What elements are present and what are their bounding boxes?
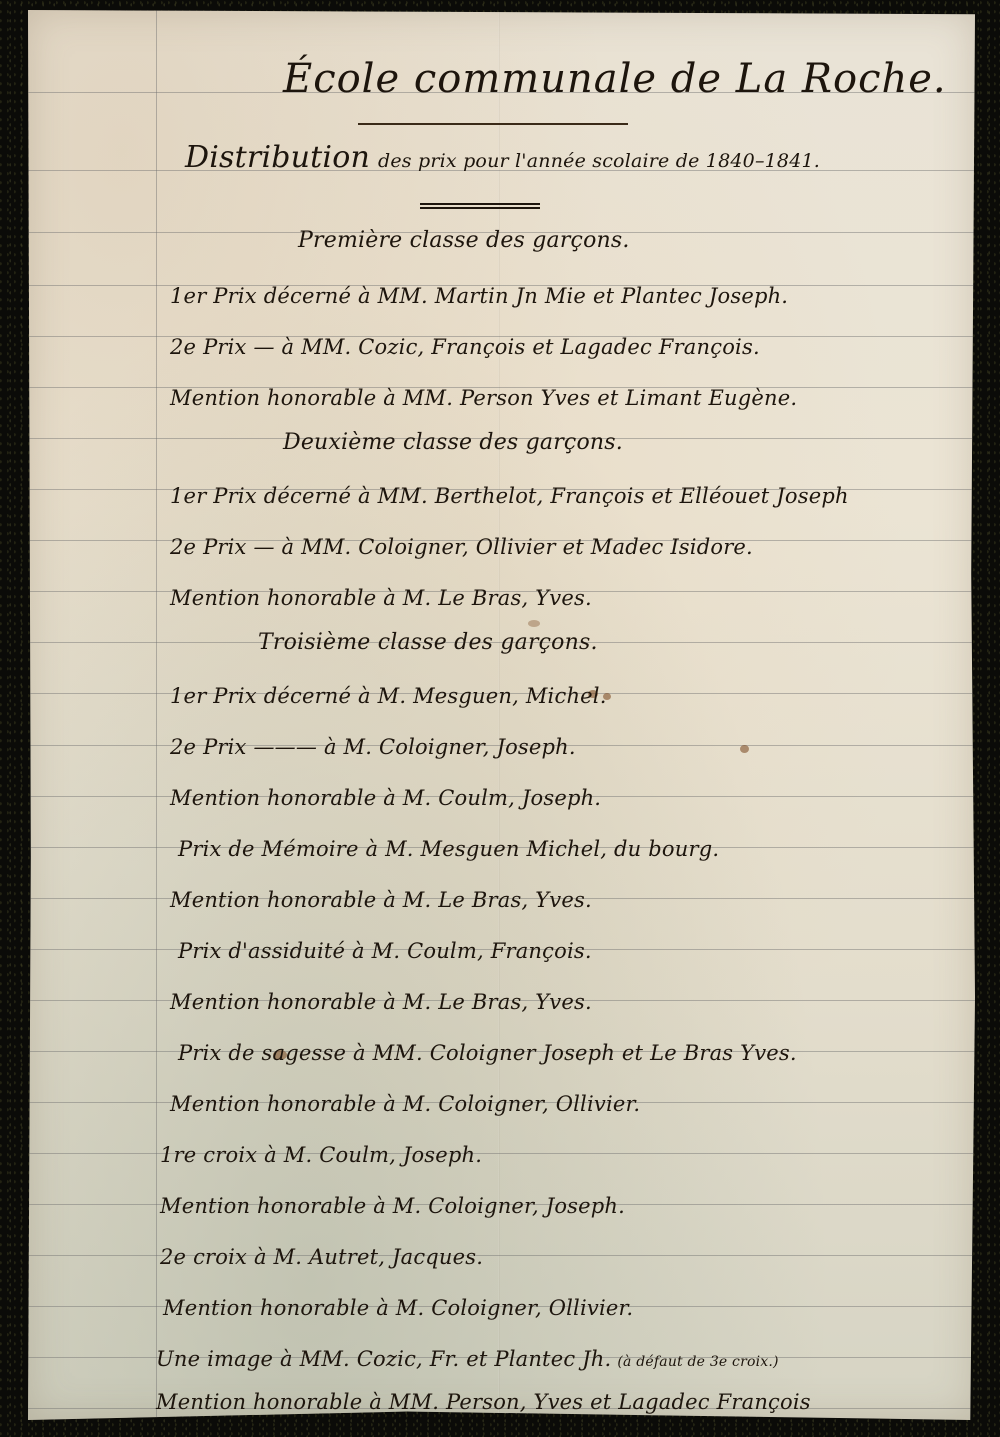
document-heading: Distributiondes prix pour l'année scolai…	[185, 140, 820, 175]
handwritten-document-page: École communale de La Roche. Distributio…	[28, 10, 975, 1420]
prize-entry: Mention honorable à M. Le Bras, Yves.	[170, 888, 592, 912]
prize-entry: Mention honorable à M. Coulm, Joseph.	[170, 786, 601, 810]
prize-entry: Mention honorable à M. Le Bras, Yves.	[170, 586, 592, 610]
prize-note: (à défaut de 3e croix.)	[617, 1354, 778, 1370]
prize-entry: Une image à MM. Cozic, Fr. et Plantec Jh…	[156, 1347, 779, 1371]
prize-entry: 1er Prix décerné à MM. Martin Jn Mie et …	[170, 284, 788, 308]
margin-line	[156, 10, 157, 1420]
prize-entry: Mention honorable à M. Coloigner, Ollivi…	[170, 1092, 640, 1116]
title-underline	[358, 123, 628, 125]
section-heading: Troisième classe des garçons.	[258, 630, 598, 655]
prize-entry: Mention honorable à M. Coloigner, Ollivi…	[163, 1296, 633, 1320]
prize-entry: Mention honorable à M. Le Bras, Yves.	[170, 990, 592, 1014]
prize-entry: 2e croix à M. Autret, Jacques.	[160, 1245, 483, 1269]
prize-entry: Mention honorable à M. Coloigner, Joseph…	[160, 1194, 625, 1218]
prize-entry: 2e Prix — à MM. Cozic, François et Lagad…	[170, 335, 760, 359]
prize-entry-text: Une image à MM. Cozic, Fr. et Plantec Jh…	[156, 1347, 611, 1371]
prize-entry: Prix de Mémoire à M. Mesguen Michel, du …	[178, 837, 719, 861]
prize-entry: Mention honorable à MM. Person Yves et L…	[170, 386, 797, 410]
document-title: École communale de La Roche.	[283, 56, 947, 102]
prize-entry: 2e Prix — à MM. Coloigner, Ollivier et M…	[170, 535, 753, 559]
section-heading: Deuxième classe des garçons.	[283, 430, 623, 455]
heading-double-underline	[420, 203, 540, 209]
prize-entry: Mention honorable à MM. Person, Yves et …	[156, 1390, 811, 1414]
heading-main: Distribution	[185, 140, 370, 175]
ink-stain	[528, 620, 540, 627]
prize-entry: 2e Prix ——— à M. Coloigner, Joseph.	[170, 735, 576, 759]
prize-entry: 1re croix à M. Coulm, Joseph.	[160, 1143, 482, 1167]
ink-stain	[740, 745, 749, 753]
prize-entry: Prix d'assiduité à M. Coulm, François.	[178, 939, 592, 963]
prize-entry: 1er Prix décerné à M. Mesguen, Michel.	[170, 684, 607, 708]
heading-rest: des prix pour l'année scolaire de 1840–1…	[378, 150, 820, 172]
section-heading: Première classe des garçons.	[298, 228, 630, 253]
prize-entry: 1er Prix décerné à MM. Berthelot, Franço…	[170, 484, 849, 508]
prize-entry: Prix de sagesse à MM. Coloigner Joseph e…	[178, 1041, 797, 1065]
